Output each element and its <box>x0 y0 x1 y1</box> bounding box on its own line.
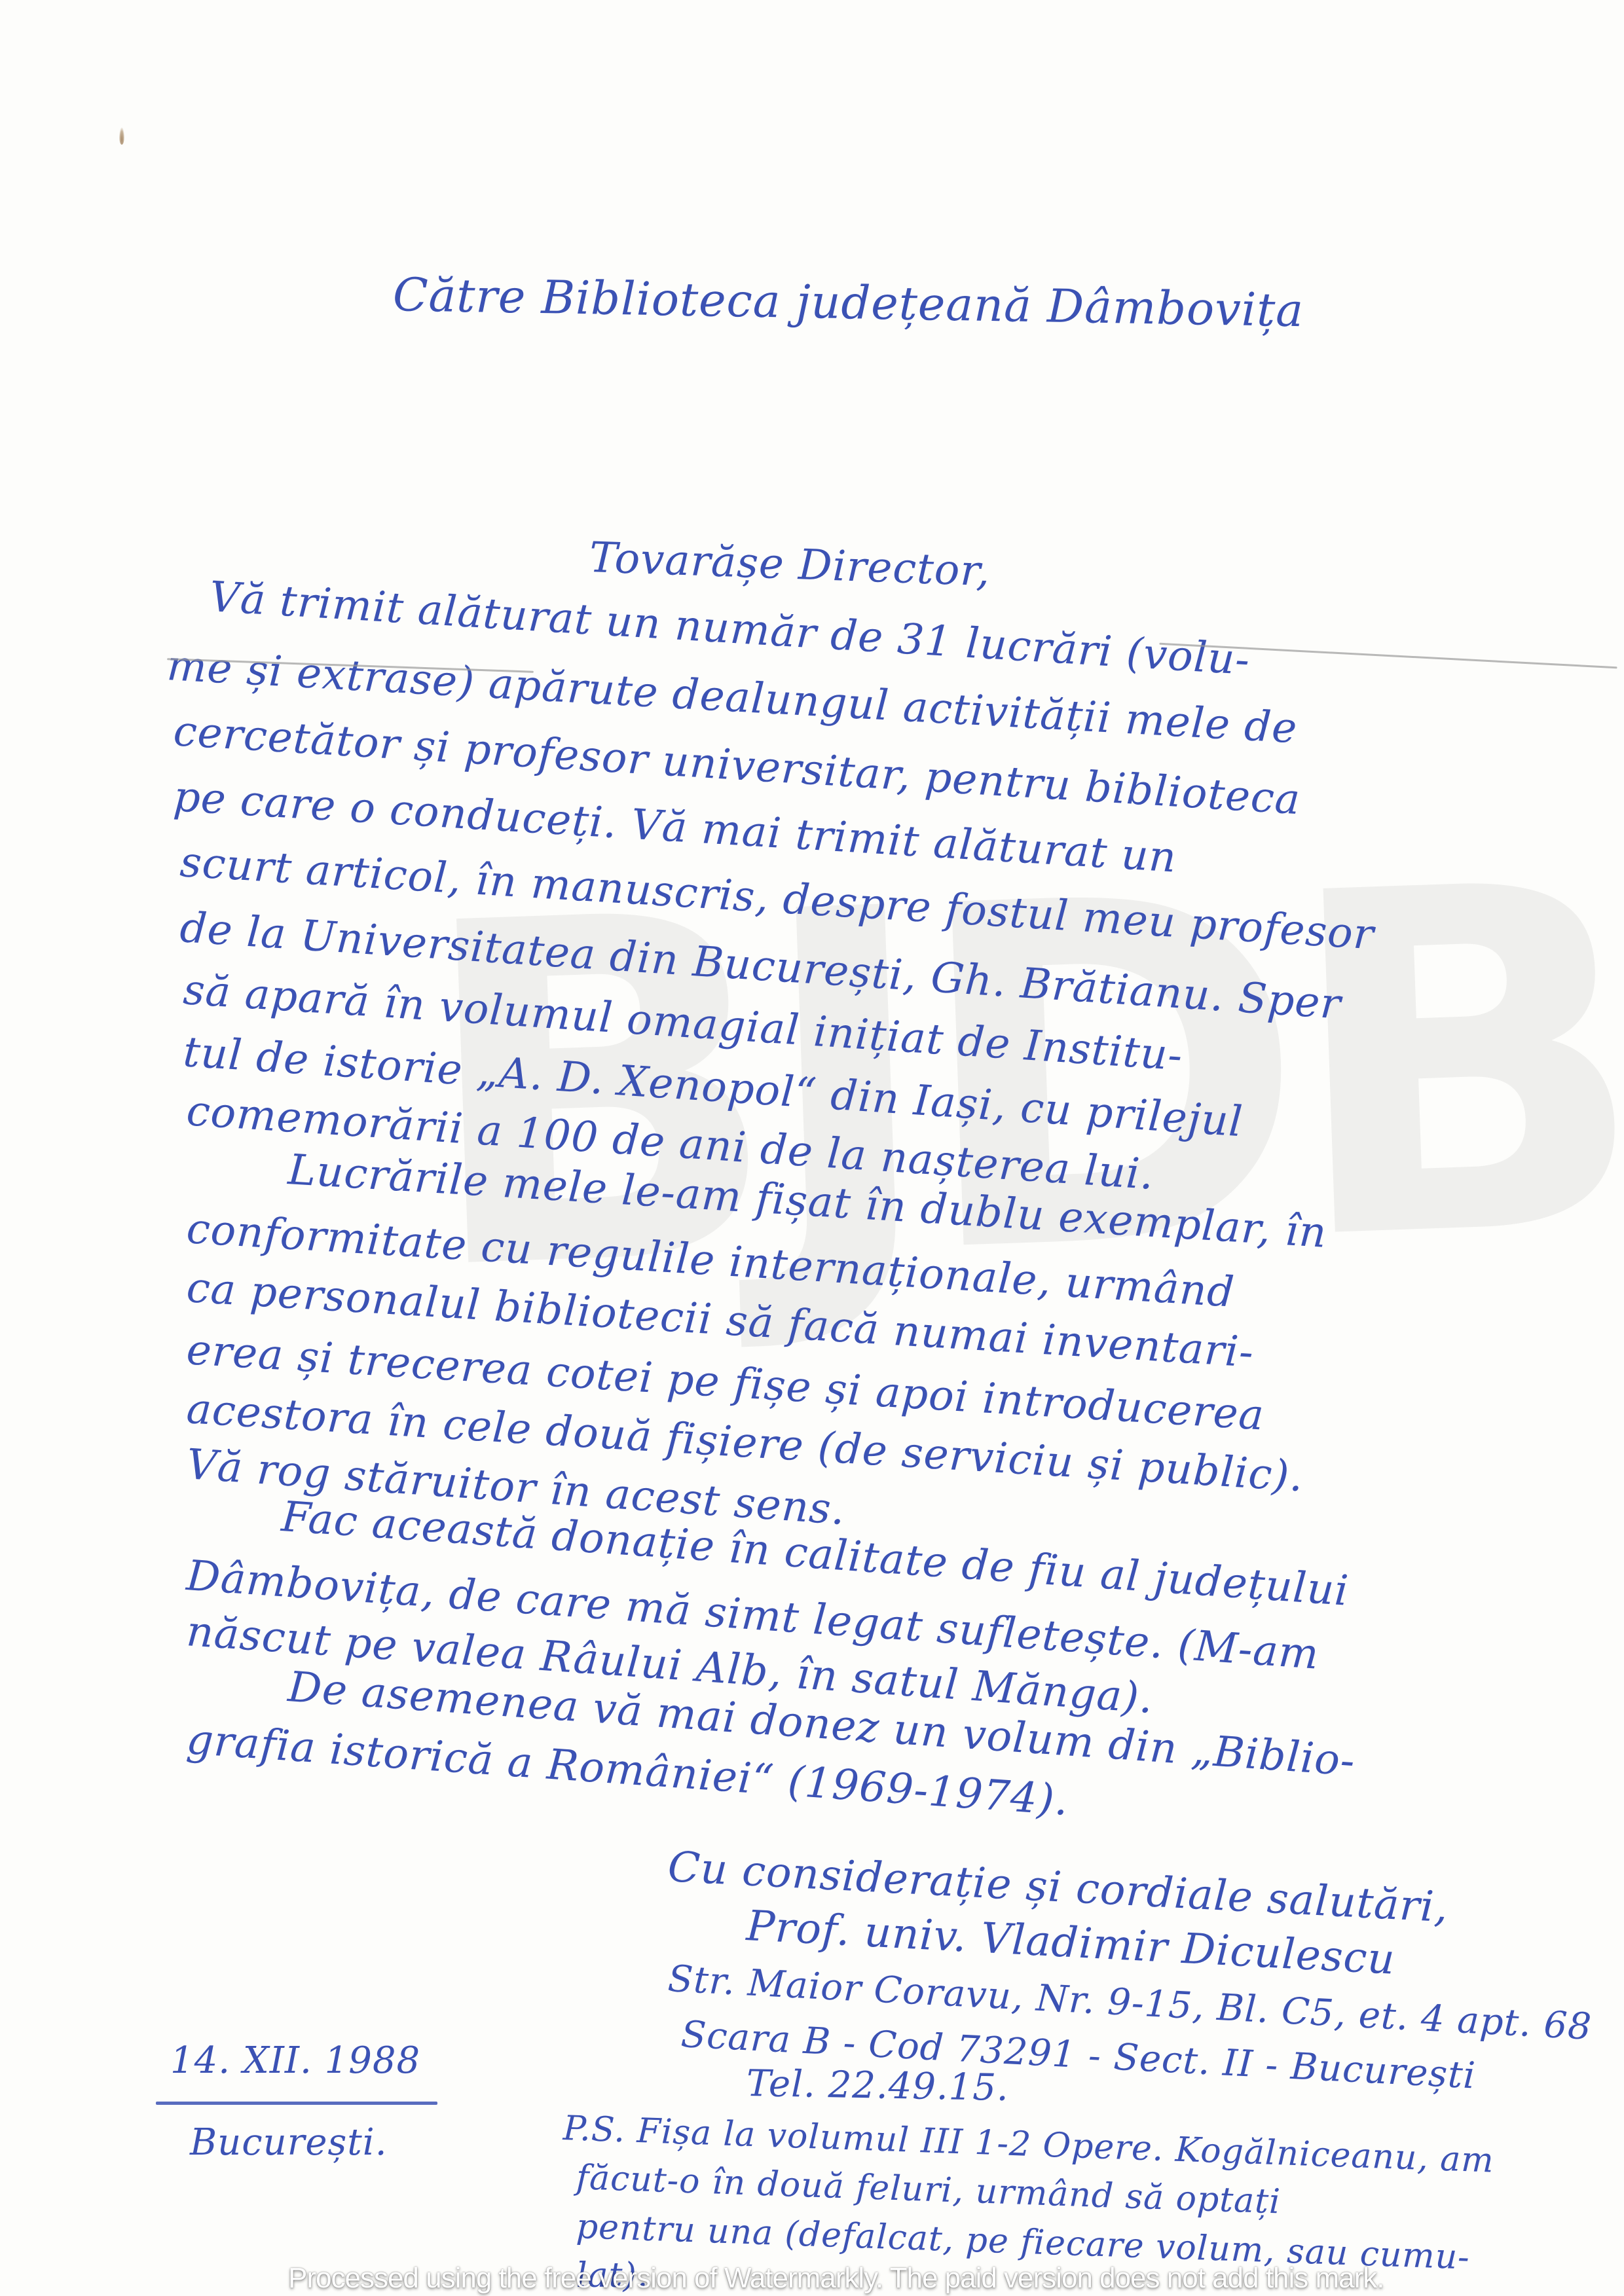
footer-watermark: Processed using the free version of Wate… <box>288 2262 1384 2295</box>
addressee: Către Biblioteca județeană Dâmbovița <box>392 272 1304 333</box>
date-divider <box>156 2102 437 2105</box>
date: 14. XII. 1988 <box>170 2043 420 2079</box>
paper-speck <box>119 128 124 145</box>
phone-line: Tel. 22.49.15. <box>747 2066 1010 2107</box>
place: București. <box>190 2124 388 2161</box>
salutation: Tovarășe Director, <box>589 537 991 592</box>
letter-page: BJDB Către Biblioteca județeană Dâmboviț… <box>0 0 1624 2296</box>
